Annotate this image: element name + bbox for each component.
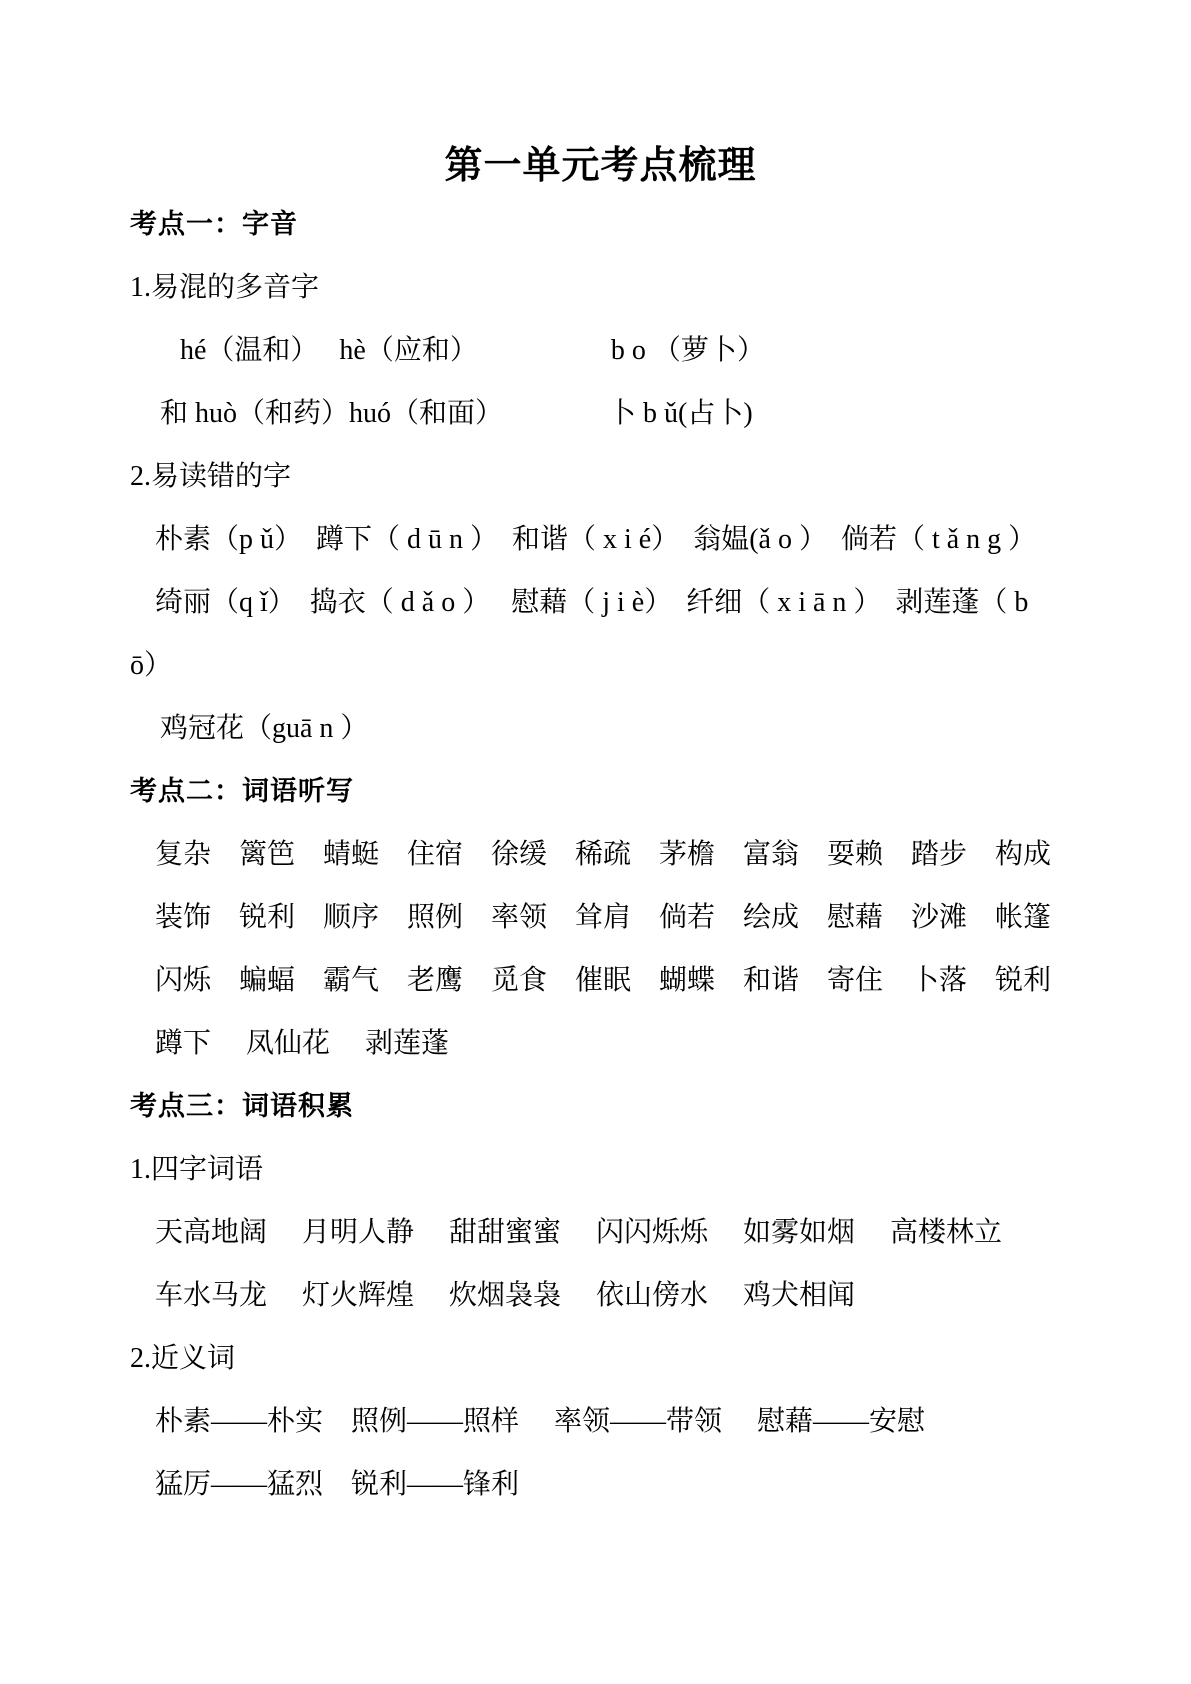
wordlist-row-2: 装饰 锐利 顺序 照例 率领 耸肩 倘若 绘成 慰藉 沙滩 帐篷 — [130, 886, 1071, 949]
section1-item2-label: 2.易读错的字 — [130, 445, 1071, 508]
section1-heading: 考点一：字音 — [130, 193, 1071, 256]
wordlist-row-1: 复杂 篱笆 蜻蜓 住宿 徐缓 稀疏 茅檐 富翁 耍赖 踏步 构成 — [130, 823, 1071, 886]
wordlist-row-4: 蹲下 凤仙花 剥莲蓬 — [130, 1012, 1071, 1075]
section2-heading: 考点二：词语听写 — [130, 760, 1071, 823]
section3-item1-label: 1.四字词语 — [130, 1138, 1071, 1201]
yiducuo-line-3: ō） — [130, 634, 1071, 697]
section3-heading: 考点三：词语积累 — [130, 1075, 1071, 1138]
duoyinzi-line-2: 和 huò（和药）huó（和面） 卜 b ǔ(占卜) — [130, 382, 1071, 445]
sizi-row-2: 车水马龙 灯火辉煌 炊烟袅袅 依山傍水 鸡犬相闻 — [130, 1264, 1071, 1327]
section1-item1-label: 1.易混的多音字 — [130, 256, 1071, 319]
duoyinzi-line-1: hé（温和） hè（应和） b o （萝卜） — [130, 319, 1071, 382]
jinyici-row-1: 朴素——朴实 照例——照样 率领——带领 慰藉——安慰 — [130, 1390, 1071, 1453]
yiducuo-line-2: 绮丽（q ǐ） 捣衣（ d ǎ o ） 慰藉（ j i è） 纤细（ x i ā… — [130, 571, 1071, 634]
yiducuo-line-1: 朴素（p ǔ） 蹲下（ d ū n ） 和谐（ x i é） 翁媪(ǎ o ） … — [130, 508, 1071, 571]
wordlist-row-3: 闪烁 蝙蝠 霸气 老鹰 觅食 催眠 蝴蝶 和谐 寄住 卜落 锐利 — [130, 949, 1071, 1012]
section3-item2-label: 2.近义词 — [130, 1327, 1071, 1390]
jinyici-row-2: 猛厉——猛烈 锐利——锋利 — [130, 1453, 1071, 1516]
document-page: 第一单元考点梳理 考点一：字音 1.易混的多音字 hé（温和） hè（应和） b… — [0, 0, 1191, 1684]
yiducuo-line-4: 鸡冠花（guā n ） — [130, 697, 1071, 760]
sizi-row-1: 天高地阔 月明人静 甜甜蜜蜜 闪闪烁烁 如雾如烟 高楼林立 — [130, 1201, 1071, 1264]
document-title: 第一单元考点梳理 — [130, 140, 1071, 193]
